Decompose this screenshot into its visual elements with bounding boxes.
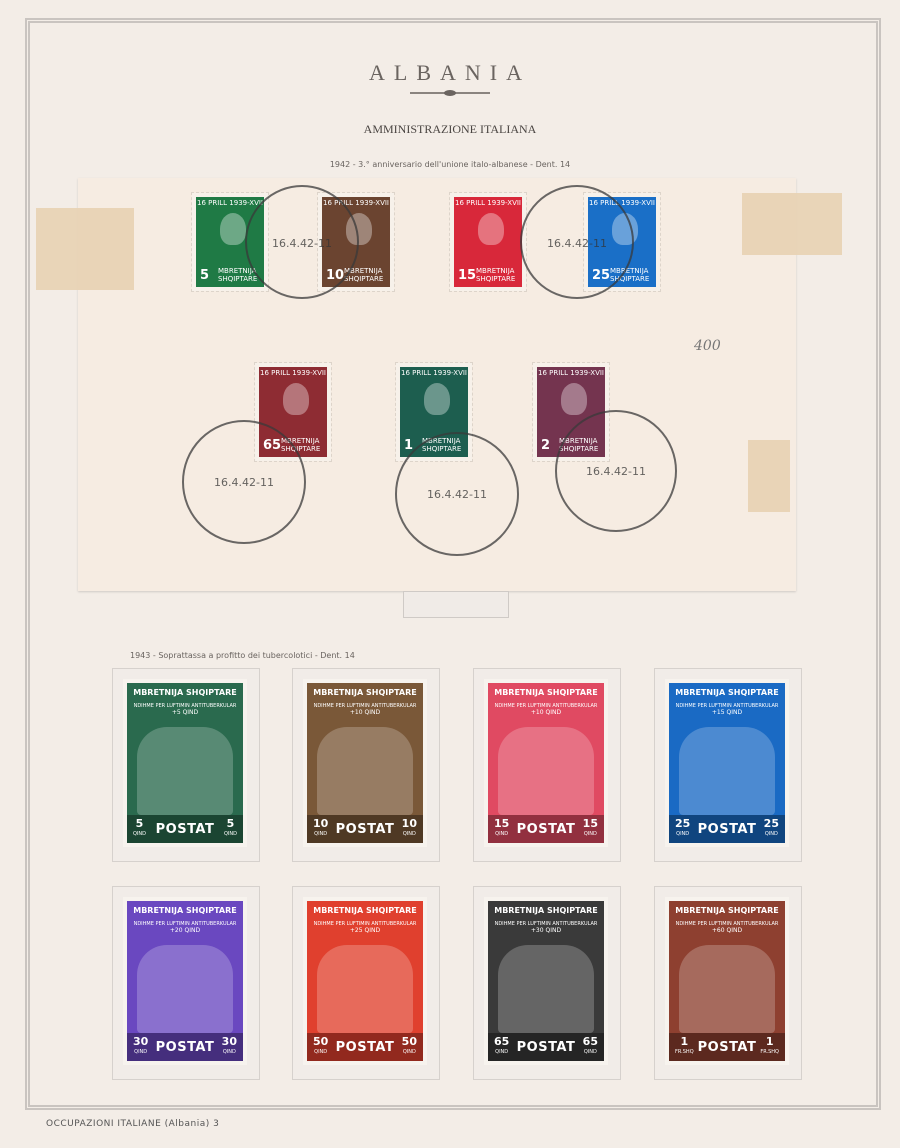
stamp-1943: MBRETNIJA SHQIPTARE NDIHME PER LUFTIMIN … [665, 897, 789, 1065]
stamp-country: MBRETNIJASHQIPTARE [476, 267, 515, 283]
nurse-child-icon [137, 727, 233, 815]
stamp-value-bar: 5QIND POSTAT 5QIND [127, 815, 243, 843]
portrait-icon [424, 383, 450, 415]
stamp-title: MBRETNIJA SHQIPTARE [307, 901, 423, 915]
pencil-note: 400 [694, 338, 721, 354]
page-subtitle: AMMINISTRAZIONE ITALIANA [0, 122, 900, 137]
postmark-cancel: 16.4.42-11 [555, 410, 677, 532]
postmark-text: 16.4.42-11 [184, 476, 304, 489]
stamp-1943: MBRETNIJA SHQIPTARE NDIHME PER LUFTIMIN … [303, 897, 427, 1065]
stamp-title: MBRETNIJA SHQIPTARE [127, 683, 243, 697]
stamp-1943: MBRETNIJA SHQIPTARE NDIHME PER LUFTIMIN … [123, 897, 247, 1065]
postmark-cancel: 16.4.42-11 [182, 420, 306, 544]
hinge-right-top [742, 193, 842, 255]
stamp-mount: MBRETNIJA SHQIPTARE NDIHME PER LUFTIMIN … [112, 886, 260, 1080]
portrait-icon [283, 383, 309, 415]
stamp-mount: MBRETNIJA SHQIPTARE NDIHME PER LUFTIMIN … [654, 886, 802, 1080]
postmark-cancel: 16.4.42-11 [520, 185, 634, 299]
stamp-1943: MBRETNIJA SHQIPTARE NDIHME PER LUFTIMIN … [123, 679, 247, 847]
stamp-surcharge: +60 QIND [669, 927, 785, 934]
stamp-surcharge: +25 QIND [307, 927, 423, 934]
portrait-icon [561, 383, 587, 415]
stamp-surcharge: +15 QIND [669, 709, 785, 716]
stamp-value-bar: 10QIND POSTAT 10QIND [307, 815, 423, 843]
stamp-surcharge: +5 QIND [127, 709, 243, 716]
postmark-cancel: 16.4.42-11 [395, 432, 519, 556]
stamp-1942: 16 PRILL 1939-XVII 15 MBRETNIJASHQIPTARE [450, 193, 526, 291]
stamp-1943: MBRETNIJA SHQIPTARE NDIHME PER LUFTIMIN … [303, 679, 427, 847]
stamp-header: 16 PRILL 1939-XVII [196, 197, 264, 207]
stamp-header: 16 PRILL 1939-XVII [537, 367, 605, 377]
stamp-mount: MBRETNIJA SHQIPTARE NDIHME PER LUFTIMIN … [112, 668, 260, 862]
stamp-mount: MBRETNIJA SHQIPTARE NDIHME PER LUFTIMIN … [473, 668, 621, 862]
title-ornament [410, 92, 490, 94]
stamp-value-bar: 50QIND POSTAT 50QIND [307, 1033, 423, 1061]
stamp-value-bar: 1FR.SHQ POSTAT 1FR.SHQ [669, 1033, 785, 1061]
stamp-value-bar: 25QIND POSTAT 25QIND [669, 815, 785, 843]
portrait-icon [478, 213, 504, 245]
stamp-title: MBRETNIJA SHQIPTARE [669, 901, 785, 915]
postmark-cancel: 16.4.42-11 [245, 185, 359, 299]
hinge-left [36, 208, 134, 290]
stamp-value: 5 [200, 268, 209, 283]
postmark-text: 16.4.42-11 [247, 237, 357, 250]
stamp-title: MBRETNIJA SHQIPTARE [488, 901, 604, 915]
stamp-1943: MBRETNIJA SHQIPTARE NDIHME PER LUFTIMIN … [665, 679, 789, 847]
postmark-text: 16.4.42-11 [557, 465, 675, 478]
stamp-1943: MBRETNIJA SHQIPTARE NDIHME PER LUFTIMIN … [484, 897, 608, 1065]
page-title: ALBANIA [0, 60, 900, 86]
stamp-surcharge: +30 QIND [488, 927, 604, 934]
portrait-icon [220, 213, 246, 245]
nurse-child-icon [317, 727, 413, 815]
stamp-mount: MBRETNIJA SHQIPTARE NDIHME PER LUFTIMIN … [473, 886, 621, 1080]
stamp-mount: MBRETNIJA SHQIPTARE NDIHME PER LUFTIMIN … [654, 668, 802, 862]
nurse-child-icon [498, 945, 594, 1033]
nurse-child-icon [317, 945, 413, 1033]
stamp-mount: MBRETNIJA SHQIPTARE NDIHME PER LUFTIMIN … [292, 668, 440, 862]
nurse-child-icon [498, 727, 594, 815]
stamp-value: 15 [458, 268, 476, 283]
set-1942-caption: 1942 - 3.° anniversario dell'unione ital… [0, 160, 900, 169]
postmark-text: 16.4.42-11 [522, 237, 632, 250]
stamp-mount: MBRETNIJA SHQIPTARE NDIHME PER LUFTIMIN … [292, 886, 440, 1080]
stamp-title: MBRETNIJA SHQIPTARE [488, 683, 604, 697]
stamp-surcharge: +10 QIND [307, 709, 423, 716]
postmark-text: 16.4.42-11 [397, 488, 517, 501]
stamp-value-bar: 30QIND POSTAT 30QIND [127, 1033, 243, 1061]
stamp-value: 2 [541, 438, 550, 453]
stamp-header: 16 PRILL 1939-XVII [454, 197, 522, 207]
nurse-child-icon [679, 945, 775, 1033]
stamp-1943: MBRETNIJA SHQIPTARE NDIHME PER LUFTIMIN … [484, 679, 608, 847]
stamp-header: 16 PRILL 1939-XVII [259, 367, 327, 377]
set-1943-caption: 1943 - Soprattassa a profitto dei tuberc… [130, 651, 355, 660]
hinge-right-bottom [748, 440, 790, 512]
stamp-surcharge: +10 QIND [488, 709, 604, 716]
page-footer: OCCUPAZIONI ITALIANE (Albania) 3 [46, 1119, 219, 1129]
stamp-title: MBRETNIJA SHQIPTARE [127, 901, 243, 915]
stamp-value-bar: 65QIND POSTAT 65QIND [488, 1033, 604, 1061]
nurse-child-icon [679, 727, 775, 815]
stamp-header: 16 PRILL 1939-XVII [400, 367, 468, 377]
stamp-title: MBRETNIJA SHQIPTARE [307, 683, 423, 697]
stamp-surcharge: +20 QIND [127, 927, 243, 934]
mount-strip [403, 591, 509, 618]
nurse-child-icon [137, 945, 233, 1033]
stamp-value-bar: 15QIND POSTAT 15QIND [488, 815, 604, 843]
stamp-title: MBRETNIJA SHQIPTARE [669, 683, 785, 697]
